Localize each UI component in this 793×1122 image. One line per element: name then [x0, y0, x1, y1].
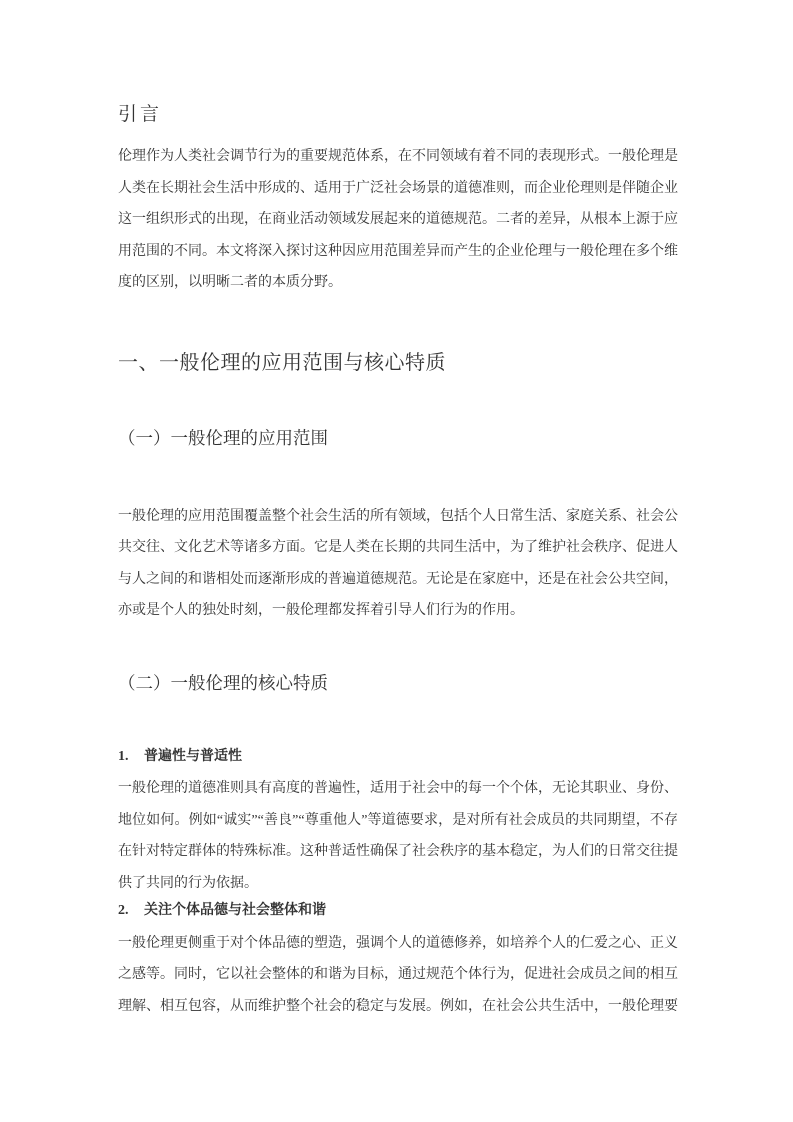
numbered-item-2-title: 关注个体品德与社会整体和谐: [144, 903, 326, 918]
item1-paragraph: 一般伦理的道德准则具有高度的普遍性，适用于社会中的每一个个体，无论其职业、身份、…: [118, 773, 678, 899]
intro-paragraph: 伦理作为人类社会调节行为的重要规范体系，在不同领域有着不同的表现形式。一般伦理是…: [118, 141, 678, 299]
subsection2-heading: （二）一般伦理的核心特质: [118, 671, 678, 695]
subsection1-paragraph: 一般伦理的应用范围覆盖整个社会生活的所有领域，包括个人日常生活、家庭关系、社会公…: [118, 501, 678, 627]
numbered-item-1-number: 1.: [118, 741, 144, 773]
item2-paragraph: 一般伦理更侧重于对个体品德的塑造，强调个人的道德修养，如培养个人的仁爱之心、正义…: [118, 928, 678, 1023]
intro-heading: 引言: [118, 104, 678, 126]
numbered-item-1-title: 普遍性与普适性: [144, 749, 242, 764]
section1-heading: 一、一般伦理的应用范围与核心特质: [118, 350, 678, 376]
document-page: 引言 伦理作为人类社会调节行为的重要规范体系，在不同领域有着不同的表现形式。一般…: [0, 0, 793, 1122]
numbered-item-2: 2.关注个体品德与社会整体和谐: [118, 895, 678, 927]
numbered-item-1: 1.普遍性与普适性: [118, 741, 678, 773]
numbered-item-2-number: 2.: [118, 895, 144, 927]
subsection1-heading: （一）一般伦理的应用范围: [118, 426, 678, 450]
